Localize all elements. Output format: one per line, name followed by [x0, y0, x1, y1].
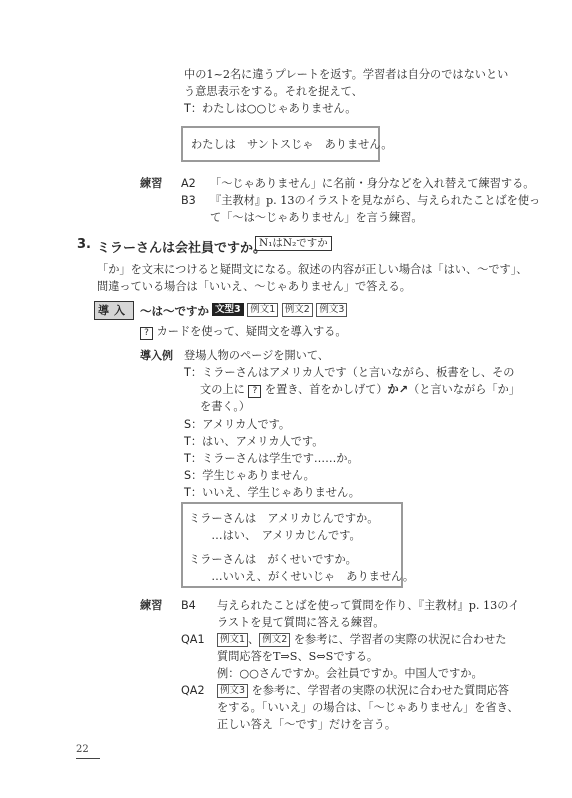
example-tag-1: 例文1 [217, 633, 248, 647]
section-desc-line-2: 間違っている場合は「いいえ、～じゃありません」で答える。 [97, 278, 411, 295]
practice-code-b4: B4 [181, 597, 196, 614]
practice-qa2-line-3: 正しい答え「～です」だけを言う。 [217, 716, 396, 733]
dialogue-line: S：学生じゃありません。 [184, 467, 315, 484]
section-desc-line-1: 「か」を文末につけると疑問文になる。叙述の内容が正しい場合は「はい、～です」、 [97, 261, 528, 278]
practice-b3-text-1: 『主教材』p. 13のイラストを見ながら、与えられたことばを使っ [210, 192, 540, 209]
page-number-underline [76, 758, 100, 759]
intro-tags: 文型3 例文1 例文2 例文3 [212, 303, 347, 317]
example-tag-1: 例文1 [247, 303, 278, 317]
practice-code-b3: B3 [181, 192, 196, 209]
rising-intonation: か↗ [388, 383, 409, 396]
example-box-2-line: ミラーさんは がくせいですか。 [189, 551, 357, 567]
example-box-1-text: わたしは サントスじゃ ありません。 [191, 136, 392, 152]
example-box-2-line: …いいえ、がくせいじゃ ありません。 [189, 568, 414, 584]
practice-b3-text-2: て「～は～じゃありません」を言う練習。 [210, 209, 423, 226]
example-tag-3: 例文3 [217, 684, 248, 698]
example-tag-2: 例文2 [282, 303, 313, 317]
practice-b4-line-1: 与えられたことばを使って質問を作り、『主教材』p. 13のイ [217, 597, 520, 614]
sentence-pattern-tag: 文型3 [212, 303, 244, 316]
example-box-2-line: …はい、 アメリカじんです。 [189, 527, 361, 543]
intro-example-label: 導入例 [140, 347, 173, 364]
dialogue-line: T：ミラーさんは学生です……か。 [184, 450, 359, 467]
dialogue-t1-line-2d: （と言いながら「か」 [408, 383, 520, 396]
dialogue-t1-line-1: T：ミラーさんはアメリカ人です（と言いながら、板書をし、その [184, 364, 515, 381]
section-number: 3. [77, 237, 91, 252]
example-box-2-line: ミラーさんは アメリカじんですか。 [189, 510, 378, 526]
practice-code-a2: A2 [181, 175, 196, 192]
practice-a2-text: 「～じゃありません」に名前・身分などを入れ替えて練習する。 [210, 175, 534, 192]
dialogue-t1-line-2b: を置き、首をかしげて） [265, 383, 388, 396]
dialogue-t1-line-2a: 文の上に [200, 383, 245, 396]
dialogue-line: T：はい、アメリカ人です。 [184, 433, 323, 450]
section-pattern: N₁はN₂ですか [255, 236, 332, 251]
practice-code-qa2: QA2 [181, 682, 205, 699]
dialogue-t1-line-3: を書く。） [200, 398, 250, 415]
intro-example-intro: 登場人物のページを開いて、 [184, 347, 329, 364]
card-instruction: ? カードを使って、疑問文を導入する。 [140, 323, 347, 340]
section-title: ミラーさんは会社員ですか。 [97, 237, 266, 256]
practice-qa1-example: 例：○○さんですか。会社員ですか。中国人ですか。 [217, 665, 483, 682]
page-number: 22 [76, 744, 89, 755]
practice-qa1-line-1: 例文1、例文2 を参考に、学習者の実際の状況に合わせた [217, 631, 506, 648]
example-tag-3: 例文3 [316, 303, 347, 317]
intro-label: 導入 [94, 301, 134, 320]
question-card-icon-inline: ? [248, 385, 261, 398]
practice-qa2-line-2: をする。「いいえ」の場合は、「～じゃありません」を省き、 [217, 699, 519, 716]
separator: 、 [248, 633, 259, 646]
question-card-icon: ? [140, 327, 153, 340]
dialogue-line: S：アメリカ人です。 [184, 416, 290, 433]
practice-label: 練習 [140, 597, 162, 614]
practice-b4-line-2: ラストを見て質問に答える練習。 [217, 614, 384, 631]
practice-qa2-line-1: 例文3 を参考に、学習者の実際の状況に合わせた質問応答 [217, 682, 509, 699]
grammar-pattern-box: N₁はN₂ですか [255, 236, 332, 251]
top-paragraph-line-2: う意思表示をする。それを捉えて、 [184, 83, 363, 100]
intro-heading: ～は～ですか [140, 303, 209, 319]
practice-qa1-line-2: 質問応答をT⇒S、S⇔Sでする。 [217, 648, 378, 665]
practice-code-qa1: QA1 [181, 631, 205, 648]
practice-label: 練習 [140, 175, 162, 192]
example-box-2: ミラーさんは アメリカじんですか。 …はい、 アメリカじんです。 ミラーさんは … [181, 502, 403, 588]
top-paragraph-line-1: 中の1~2名に違うプレートを返す。学習者は自分のではないとい [184, 66, 508, 83]
example-tag-2: 例文2 [259, 633, 290, 647]
qa2-text: を参考に、学習者の実際の状況に合わせた質問応答 [252, 684, 509, 697]
qa1-text: を参考に、学習者の実際の状況に合わせた [294, 633, 507, 646]
card-instruction-text: カードを使って、疑問文を導入する。 [157, 325, 347, 338]
example-box-1: わたしは サントスじゃ ありません。 [181, 126, 380, 162]
dialogue-line: T：いいえ、学生じゃありません。 [184, 484, 360, 501]
teacher-line: T：わたしは○○じゃありません。 [184, 100, 356, 117]
dialogue-t1-line-2: 文の上に ? を置き、首をかしげて）か↗（と言いながら「か」 [200, 381, 520, 398]
